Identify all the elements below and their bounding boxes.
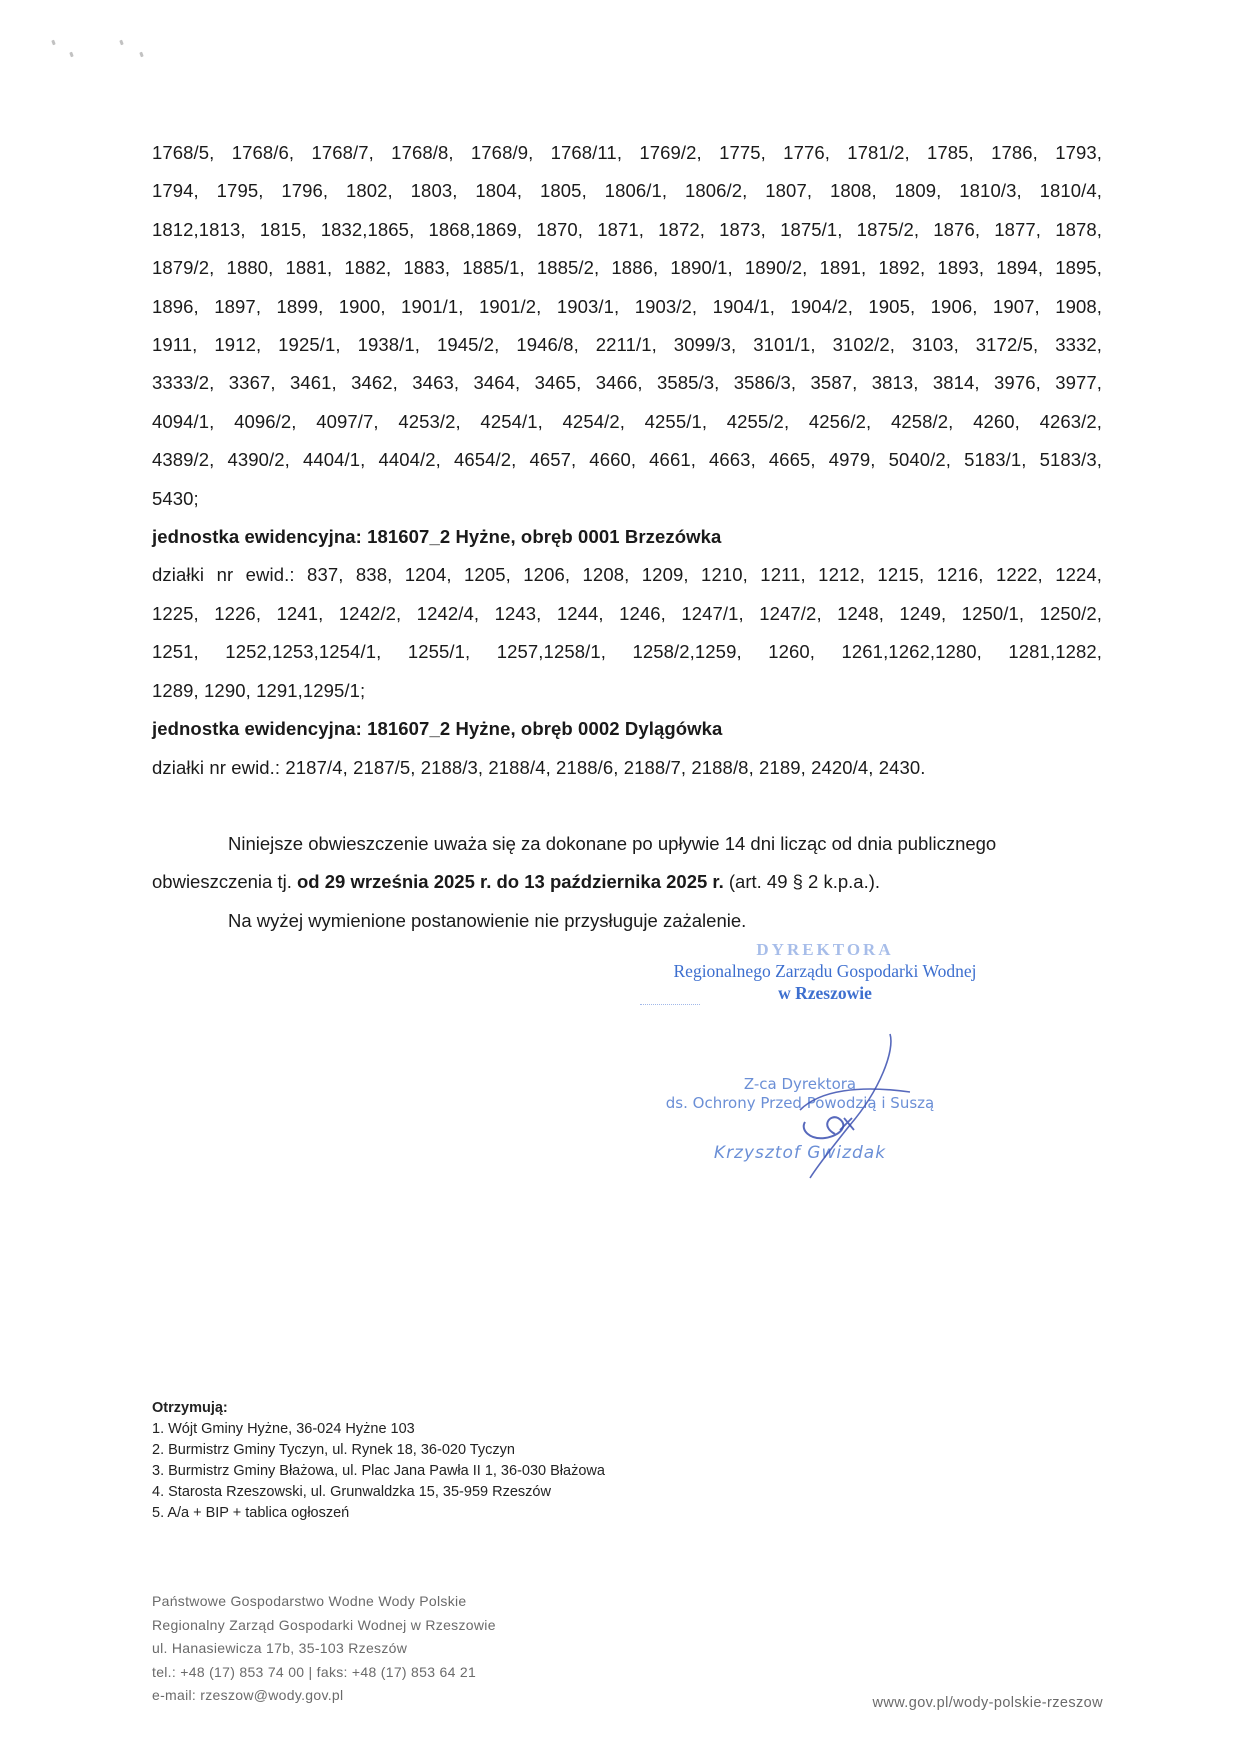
footer-org: Państwowe Gospodarstwo Wodne Wody Polski… bbox=[152, 1590, 496, 1614]
stamp-line-2: Regionalnego Zarządu Gospodarki Wodnej bbox=[650, 960, 1000, 982]
scan-speck bbox=[139, 52, 144, 58]
notice-line-3: Na wyżej wymienione postanowienie nie pr… bbox=[152, 902, 1102, 940]
notice-line-2: obwieszczenia tj. od 29 września 2025 r.… bbox=[152, 863, 1102, 901]
notice-dates: od 29 września 2025 r. do 13 październik… bbox=[297, 871, 724, 892]
stamp-line-3: w Rzeszowie bbox=[650, 982, 1000, 1004]
parcel-line: 1812,1813, 1815, 1832,1865, 1868,1869, 1… bbox=[152, 211, 1102, 249]
recipients-heading: Otrzymują: bbox=[152, 1398, 605, 1419]
footer-unit: Regionalny Zarząd Gospodarki Wodnej w Rz… bbox=[152, 1614, 496, 1638]
recipient-item: 5. A/a + BIP + tablica ogłoszeń bbox=[152, 1503, 605, 1524]
unit-heading-dylagowka: jednostka ewidencyjna: 181607_2 Hyżne, o… bbox=[152, 710, 1102, 748]
parcel-line: 1225, 1226, 1241, 1242/2, 1242/4, 1243, … bbox=[152, 595, 1102, 633]
parcel-line: działki nr ewid.: 2187/4, 2187/5, 2188/3… bbox=[152, 749, 1102, 787]
scan-speck bbox=[69, 52, 74, 58]
footer-phone: tel.: +48 (17) 853 74 00 | faks: +48 (17… bbox=[152, 1661, 496, 1685]
handwritten-signature-icon bbox=[740, 1030, 940, 1180]
parcel-line: 1896, 1897, 1899, 1900, 1901/1, 1901/2, … bbox=[152, 288, 1102, 326]
recipient-item: 3. Burmistrz Gminy Błażowa, ul. Plac Jan… bbox=[152, 1461, 605, 1482]
parcel-line: 1794, 1795, 1796, 1802, 1803, 1804, 1805… bbox=[152, 172, 1102, 210]
parcel-line: 3333/2, 3367, 3461, 3462, 3463, 3464, 34… bbox=[152, 364, 1102, 402]
footer-address: ul. Hanasiewicza 17b, 35-103 Rzeszów bbox=[152, 1637, 496, 1661]
parcel-line: 5430; bbox=[152, 480, 1102, 518]
parcel-line: 1289, 1290, 1291,1295/1; bbox=[152, 672, 1102, 710]
parcel-line: 4094/1, 4096/2, 4097/7, 4253/2, 4254/1, … bbox=[152, 403, 1102, 441]
parcel-line: 1251, 1252,1253,1254/1, 1255/1, 1257,125… bbox=[152, 633, 1102, 671]
notice-text: obwieszczenia tj. bbox=[152, 871, 297, 892]
scan-speck bbox=[119, 40, 124, 46]
scan-specks bbox=[40, 30, 160, 70]
parcel-line: 1768/5, 1768/6, 1768/7, 1768/8, 1768/9, … bbox=[152, 134, 1102, 172]
notice-legal-basis: (art. 49 § 2 k.p.a.). bbox=[724, 871, 880, 892]
parcel-line: działki nr ewid.: 837, 838, 1204, 1205, … bbox=[152, 556, 1102, 594]
footer-website-link[interactable]: www.gov.pl/wody-polskie-rzeszow bbox=[872, 1695, 1103, 1711]
notice-line-1: Niniejsze obwieszczenie uważa się za dok… bbox=[152, 825, 1102, 863]
parcel-line: 1911, 1912, 1925/1, 1938/1, 1945/2, 1946… bbox=[152, 326, 1102, 364]
footer-email[interactable]: e-mail: rzeszow@wody.gov.pl bbox=[152, 1684, 496, 1708]
recipient-item: 4. Starosta Rzeszowski, ul. Grunwaldzka … bbox=[152, 1482, 605, 1503]
official-stamp: DYREKTORA Regionalnego Zarządu Gospodark… bbox=[650, 940, 1000, 1004]
footer-contact: Państwowe Gospodarstwo Wodne Wody Polski… bbox=[152, 1590, 496, 1708]
scan-speck bbox=[51, 40, 56, 46]
stamp-dash bbox=[640, 1004, 700, 1005]
notice-paragraph: Niniejsze obwieszczenie uważa się za dok… bbox=[152, 825, 1102, 940]
parcel-list: 1768/5, 1768/6, 1768/7, 1768/8, 1768/9, … bbox=[152, 134, 1102, 787]
parcel-line: 4389/2, 4390/2, 4404/1, 4404/2, 4654/2, … bbox=[152, 441, 1102, 479]
recipient-item: 2. Burmistrz Gminy Tyczyn, ul. Rynek 18,… bbox=[152, 1440, 605, 1461]
recipients-list: Otrzymują: 1. Wójt Gminy Hyżne, 36-024 H… bbox=[152, 1398, 605, 1524]
stamp-line-1: DYREKTORA bbox=[650, 940, 1000, 960]
parcel-line: 1879/2, 1880, 1881, 1882, 1883, 1885/1, … bbox=[152, 249, 1102, 287]
recipient-item: 1. Wójt Gminy Hyżne, 36-024 Hyżne 103 bbox=[152, 1419, 605, 1440]
unit-heading-brzezowka: jednostka ewidencyjna: 181607_2 Hyżne, o… bbox=[152, 518, 1102, 556]
